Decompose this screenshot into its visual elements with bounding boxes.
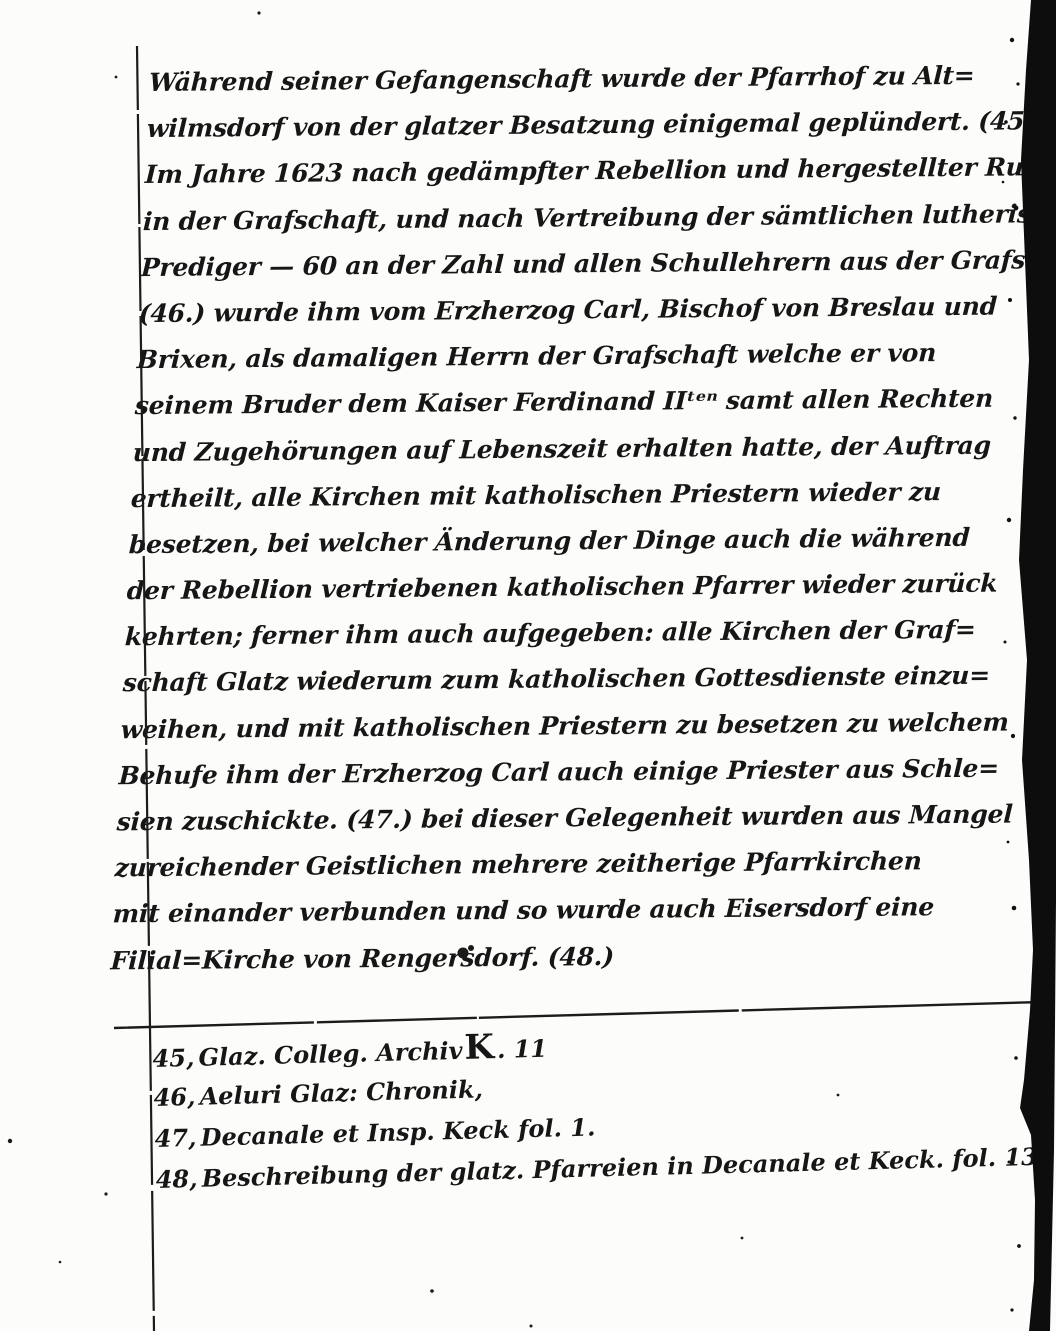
manuscript-line: kehrten; ferner ihm auch aufgegeben: all…: [124, 606, 1056, 661]
manuscript-line: der Rebellion vertriebenen katholischen …: [126, 560, 1056, 615]
manuscript-line: zureichender Geistlichen mehrere zeither…: [114, 837, 1056, 892]
manuscript-line: Während seiner Gefangenschaft wurde der …: [148, 52, 1056, 107]
manuscript-line: Filial=Kirche von Rengersdorf. (48.): [110, 930, 1056, 985]
manuscript-line: Brixen, als damaligen Herrn der Grafscha…: [136, 329, 1056, 384]
manuscript-page: Während seiner Gefangenschaft wurde der …: [0, 0, 1056, 1331]
manuscript-line: Behufe ihm der Erzherzog Carl auch einig…: [118, 745, 1056, 800]
manuscript-body: Während seiner Gefangenschaft wurde der …: [110, 52, 1056, 984]
manuscript-line: ertheilt, alle Kirchen mit katholischen …: [130, 468, 1056, 523]
manuscript-line: schaft Glatz wiederum zum katholischen G…: [122, 652, 1056, 707]
footnote-number: 45,: [152, 1037, 199, 1079]
footnotes-block: 45, Glaz. Colleg. Archiv K . 11 46, Aelu…: [152, 1012, 1056, 1200]
footnote-number: 46,: [153, 1076, 200, 1118]
manuscript-line: Prediger — 60 an der Zahl und allen Schu…: [140, 236, 1056, 291]
manuscript-line: seinem Bruder dem Kaiser Ferdinand IIᵗᵉⁿ…: [134, 375, 1056, 430]
manuscript-line: und Zugehörungen auf Lebenszeit erhalten…: [132, 421, 1056, 476]
manuscript-line: weihen, und mit katholischen Priestern z…: [120, 699, 1056, 754]
manuscript-line: wilmsdorf von der glatzer Besatzung eini…: [146, 98, 1056, 153]
footnote-text: . 11: [496, 1028, 547, 1070]
manuscript-line: (46.) wurde ihm vom Erzherzog Carl, Bisc…: [138, 283, 1056, 338]
manuscript-line: sien zuschickte. (47.) bei dieser Gelege…: [116, 791, 1056, 846]
footnote-number: 48,: [155, 1158, 202, 1200]
manuscript-line: in der Grafschaft, und nach Vertreibung …: [142, 190, 1056, 245]
footnote-number: 47,: [154, 1117, 201, 1159]
manuscript-line: besetzen, bei welcher Änderung der Dinge…: [128, 514, 1056, 569]
manuscript-line: mit einander verbunden und so wurde auch…: [112, 883, 1056, 938]
manuscript-line: Im Jahre 1623 nach gedämpfter Rebellion …: [144, 144, 1056, 199]
footnote-archive-letter-k: K: [462, 1027, 498, 1069]
